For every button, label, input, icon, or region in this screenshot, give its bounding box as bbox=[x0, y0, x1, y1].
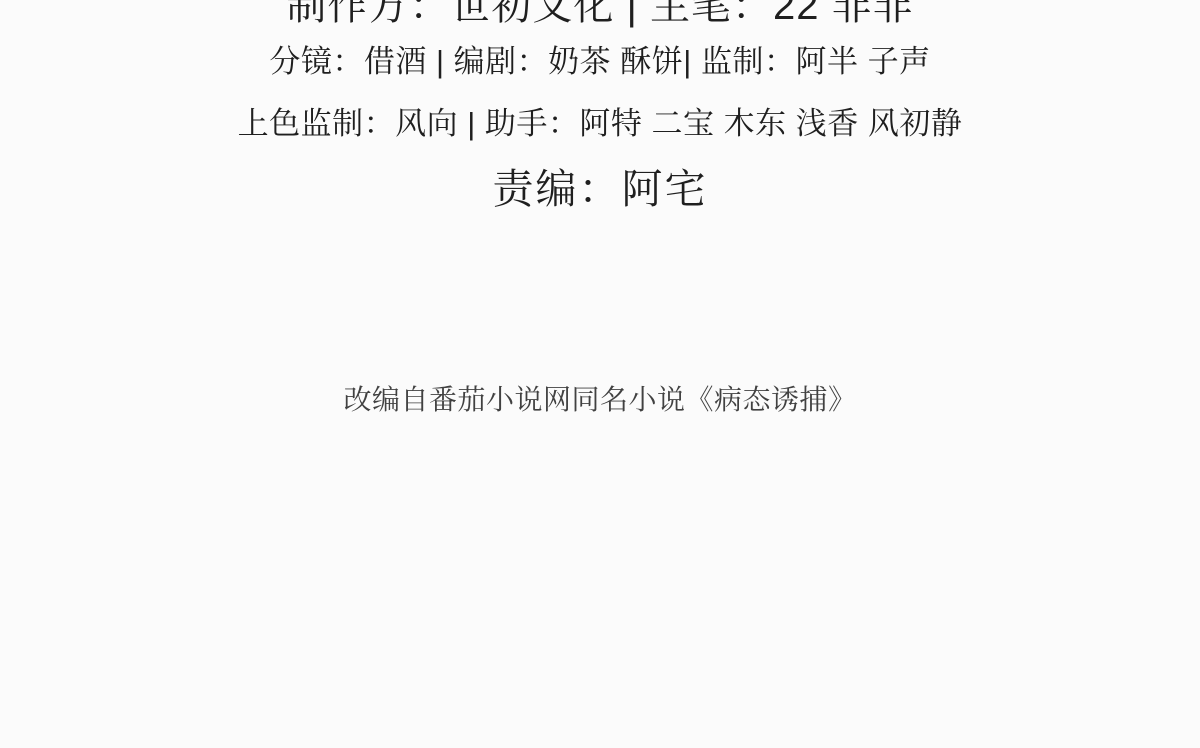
adaptation-source-note: 改编自番茄小说网同名小说《病态诱捕》 bbox=[0, 384, 1200, 416]
credit-line-production-artist: 制作方：世初文化 | 主笔：22 非非 bbox=[0, 0, 1200, 29]
comic-credits-page: 制作方：世初文化 | 主笔：22 非非 分镜：借酒 | 编剧：奶茶 酥饼| 监制… bbox=[0, 0, 1200, 748]
credit-line-storyboard-script-supervision: 分镜：借酒 | 编剧：奶茶 酥饼| 监制：阿半 子声 bbox=[0, 44, 1200, 80]
credit-line-coloring-assistants: 上色监制：风向 | 助手：阿特 二宝 木东 浅香 风初静 bbox=[0, 106, 1200, 142]
credit-line-editor: 责编：阿宅 bbox=[0, 166, 1200, 213]
